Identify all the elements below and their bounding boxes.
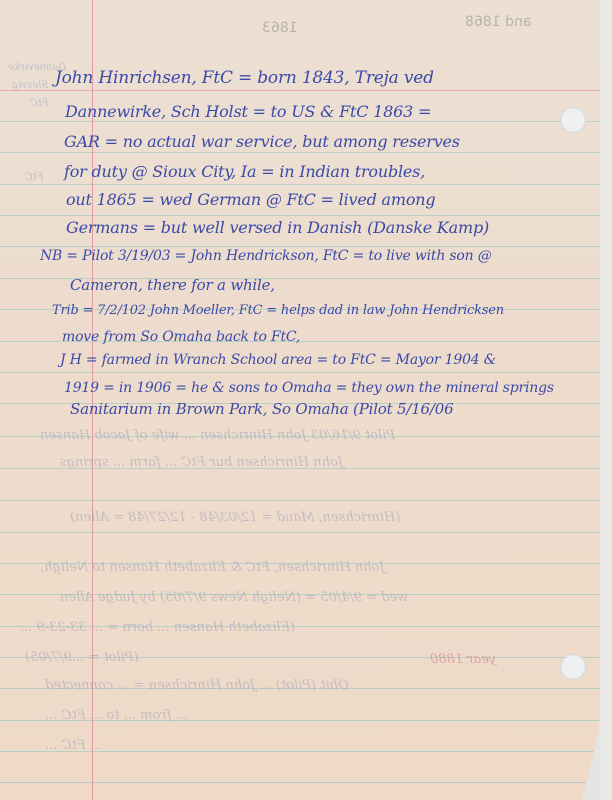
bleed-number: and 1868 bbox=[465, 14, 531, 30]
handwritten-line: 1919 = in 1906 = he & sons to Omaha = th… bbox=[64, 380, 554, 396]
rule-line bbox=[0, 532, 600, 533]
bleed-line: (Hinrichsen, Maud = 12/03/48 - 12/27/48 … bbox=[70, 510, 400, 525]
bleed-line: John Hinrichsen bur FtC ... farm ... spr… bbox=[60, 455, 343, 470]
bleed-line: wed = 9/4/05 = (Neligh News 9/7/05) by J… bbox=[60, 590, 408, 605]
bleed-number: 1863 bbox=[262, 20, 298, 36]
rule-line bbox=[0, 372, 600, 373]
scan-background-edge bbox=[600, 0, 612, 800]
bleed-line: Pilot 9/16/03 John Hinrichsen ... wife o… bbox=[40, 428, 395, 443]
rule-line bbox=[0, 152, 600, 153]
handwritten-line: move from So Omaha back to FtC, bbox=[62, 329, 300, 345]
red-year-note: year 1880 bbox=[430, 652, 496, 667]
rule-line bbox=[0, 184, 600, 185]
bleed-line: (Pilot = ...9/7/05) bbox=[25, 650, 139, 665]
notebook-page: 1863 and 1868 Dannevirke Slesvig FtC FtC… bbox=[0, 0, 600, 800]
top-red-rule bbox=[0, 90, 600, 91]
margin-note: Slesvig bbox=[12, 80, 48, 91]
handwritten-line: NB = Pilot 3/19/03 = John Hendrickson, F… bbox=[40, 248, 492, 264]
handwritten-line: for duty @ Sioux City, Ia = in Indian tr… bbox=[64, 162, 425, 181]
handwritten-line: Germans = but well versed in Danish (Dan… bbox=[66, 218, 489, 237]
handwritten-line: Sanitarium in Brown Park, So Omaha (Pilo… bbox=[70, 400, 453, 418]
handwritten-line: out 1865 = wed German @ FtC = lived amon… bbox=[66, 190, 435, 209]
handwritten-line: J H = farmed in Wranch School area = to … bbox=[60, 352, 496, 368]
bleed-line: Obit (Pilot) ... John Hinrichsen = ... c… bbox=[45, 678, 349, 693]
margin-note: FtC bbox=[25, 172, 44, 183]
handwritten-line: Cameron, there for a while, bbox=[70, 276, 275, 294]
bleed-line: ... FtC ... bbox=[45, 738, 102, 753]
rule-line bbox=[0, 121, 600, 122]
handwritten-line: John Hinrichsen, FtC = born 1843, Treja … bbox=[55, 68, 434, 88]
handwritten-line: GAR = no actual war service, but among r… bbox=[64, 132, 460, 151]
rule-line bbox=[0, 215, 600, 216]
handwritten-line: Dannewirke, Sch Holst = to US & FtC 1863… bbox=[65, 102, 431, 121]
margin-note: FtC bbox=[30, 98, 49, 109]
rule-line bbox=[0, 500, 600, 501]
rule-line bbox=[0, 246, 600, 247]
bleed-line: John Hinrichsen, FtC & Elizabeth Hansen … bbox=[40, 560, 385, 575]
bleed-line: (Elizabeth Hansen ... born = ... 33-23-9… bbox=[20, 620, 295, 635]
hole-punch bbox=[560, 654, 586, 680]
hole-punch bbox=[560, 107, 586, 133]
bleed-line: ... from ... to ... FtC ... bbox=[45, 708, 188, 723]
handwritten-line: Trib = 7/2/102 John Moeller, FtC = helps… bbox=[52, 303, 504, 318]
rule-line bbox=[0, 782, 600, 783]
